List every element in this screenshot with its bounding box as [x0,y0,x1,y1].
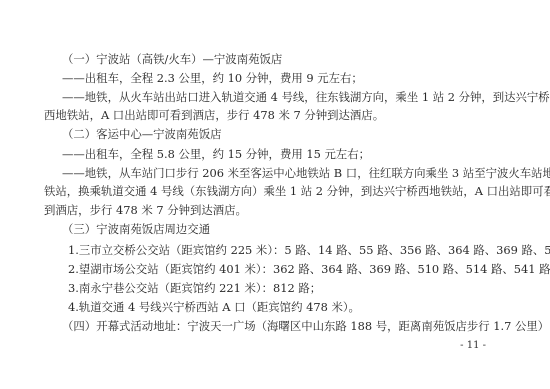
metro-stop-4: 4.轨道交通 4 号线兴宁桥西站 A 口（距宾馆约 478 米）。 [68,300,360,314]
section-4-heading: （四）开幕式活动地址：宁波天一广场（海曙区中山东路 188 号，距离南苑饭店步行… [62,319,549,333]
section-2-metro: ——地铁，从车站门口步行 206 米至客运中心地铁站 B 口，往红联方向乘坐 3… [62,166,550,180]
section-1-heading: （一）宁波站（高铁/火车）—宁波南苑饭店 [62,52,282,66]
bus-stop-2: 2.望湖市场公交站（距宾馆约 401 米）：362 路、364 路、369 路、… [68,262,550,276]
section-2-taxi: ——出租车，全程 5.8 公里，约 15 分钟，费用 15 元左右； [62,147,370,161]
page-number: - 11 - [460,340,486,351]
section-3-heading: （三）宁波南苑饭店周边交通 [62,222,210,236]
section-2-metro-cont2: 到酒店，步行 478 米 7 分钟到达酒店。 [44,203,247,217]
bus-stop-3: 3.南永宁巷公交站（距宾馆约 221 米）：812 路； [68,281,321,295]
section-1-metro-cont: 西地铁站，A 口出站即可看到酒店，步行 478 米 7 分钟到达酒店。 [44,108,384,122]
section-1-taxi: ——出租车，全程 2.3 公里，约 10 分钟，费用 9 元左右； [62,71,363,85]
section-2-metro-cont1: 铁站，换乘轨道交通 4 号线（东钱湖方向）乘坐 1 站 2 分钟，到达兴宁桥西地… [44,184,550,198]
bus-stop-1: 1.三市立交桥公交站（距宾馆约 225 米）：5 路、14 路、55 路、356… [68,243,550,257]
section-2-heading: （二）客运中心—宁波南苑饭店 [62,127,221,141]
section-1-metro: ——地铁，从火车站出站口进入轨道交通 4 号线，往东钱湖方向，乘坐 1 站 2 … [62,90,550,104]
